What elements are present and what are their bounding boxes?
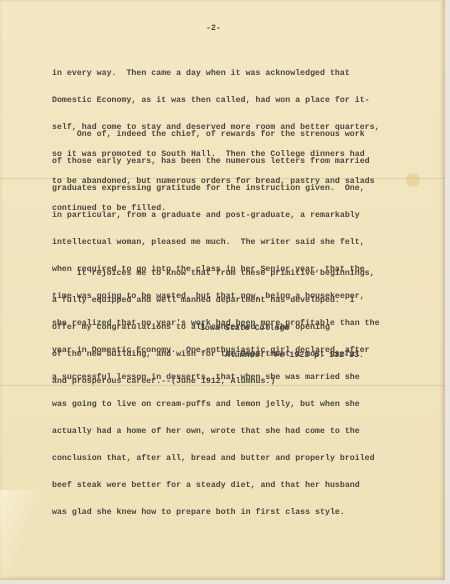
citation-line: Alumnus. Fe 1923 p. 132-33.	[200, 351, 364, 360]
text-line: was glad she knew how to prepare both in…	[52, 508, 380, 517]
text-line: Domestic Economy, as it was then called,…	[52, 96, 380, 105]
text-line: a fully equipped and well manned departm…	[52, 296, 375, 305]
text-line: in particular, from a graduate and post-…	[52, 211, 380, 220]
text-line: of those early years, has been the numer…	[52, 157, 380, 166]
page-number: -2-	[206, 24, 221, 33]
source-citation: Iowa State College Alumnus. Fe 1923 p. 1…	[200, 306, 364, 378]
paper-stain	[406, 173, 420, 187]
text-line: One of, indeed the chief, of rewards for…	[52, 130, 380, 139]
text-line: It rejoices me to know that from these p…	[52, 269, 375, 278]
text-line: graduates expressing gratitude for the i…	[52, 184, 380, 193]
text-line: in every way. Then came a day when it wa…	[52, 69, 380, 78]
text-line: intellectual woman, pleased me much. The…	[52, 238, 380, 247]
text-line: conclusion that, after all, bread and bu…	[52, 454, 380, 463]
text-line: actually had a home of her own, wrote th…	[52, 427, 380, 436]
paper-crease	[0, 490, 40, 580]
text-line: and prosperous career.--(June 1912, Alum…	[52, 377, 375, 386]
document-page: -2- in every way. Then came a day when i…	[0, 0, 445, 580]
text-line: beef steak were better for a steady diet…	[52, 481, 380, 490]
citation-line: Iowa State College	[200, 324, 364, 333]
